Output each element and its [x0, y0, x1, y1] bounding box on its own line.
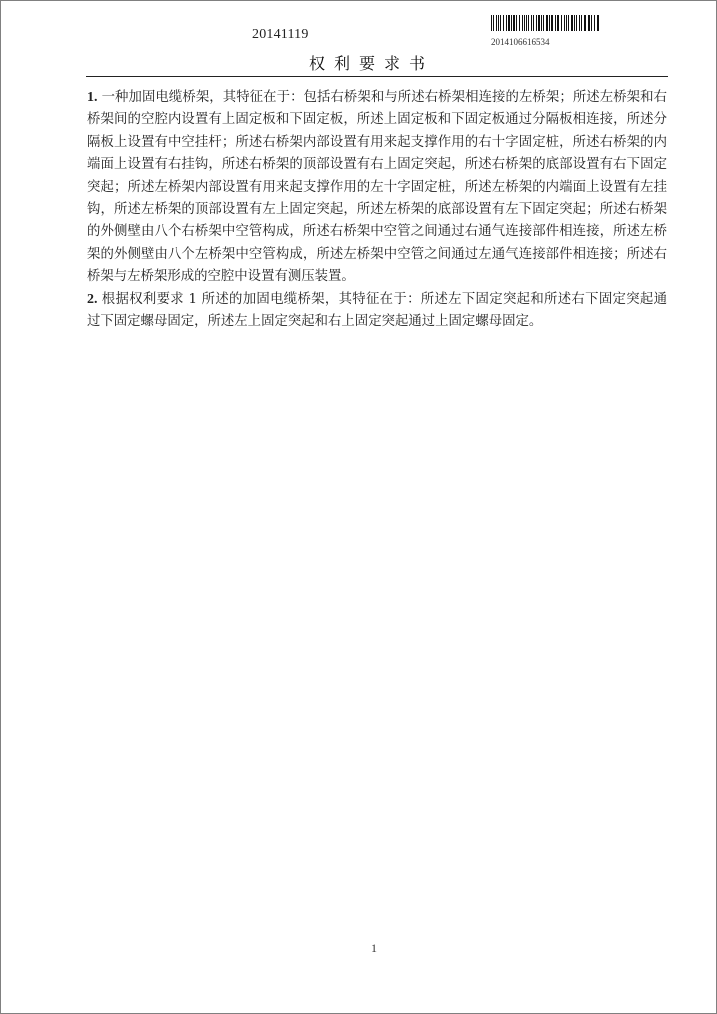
claims-list: 1.一种加固电缆桥架，其特征在于：包括右桥架和与所述右桥架相连接的左桥架；所述左… [87, 87, 667, 333]
claim-number: 1. [87, 90, 98, 105]
page-title: 权利要求书 [309, 51, 434, 74]
claim-text: 根据权利要求 1 所述的加固电缆桥架，其特征在于：所述左下固定突起和所述右下固定… [87, 292, 667, 329]
barcode-number: 2014106616534 [491, 37, 550, 47]
claim-number: 2. [87, 292, 98, 307]
header-divider [86, 76, 668, 77]
filing-date: 20141119 [252, 27, 309, 43]
document-page: 20141119 2014106616534 权利要求书 1.一种加固电缆桥架，… [0, 0, 717, 1014]
barcode-icon [491, 15, 601, 31]
claim-text: 一种加固电缆桥架，其特征在于：包括右桥架和与所述右桥架相连接的左桥架；所述左桥架… [87, 90, 667, 284]
page-number: 1 [371, 941, 377, 956]
claim-item: 1.一种加固电缆桥架，其特征在于：包括右桥架和与所述右桥架相连接的左桥架；所述左… [87, 87, 667, 289]
claim-item: 2.根据权利要求 1 所述的加固电缆桥架，其特征在于：所述左下固定突起和所述右下… [87, 289, 667, 334]
